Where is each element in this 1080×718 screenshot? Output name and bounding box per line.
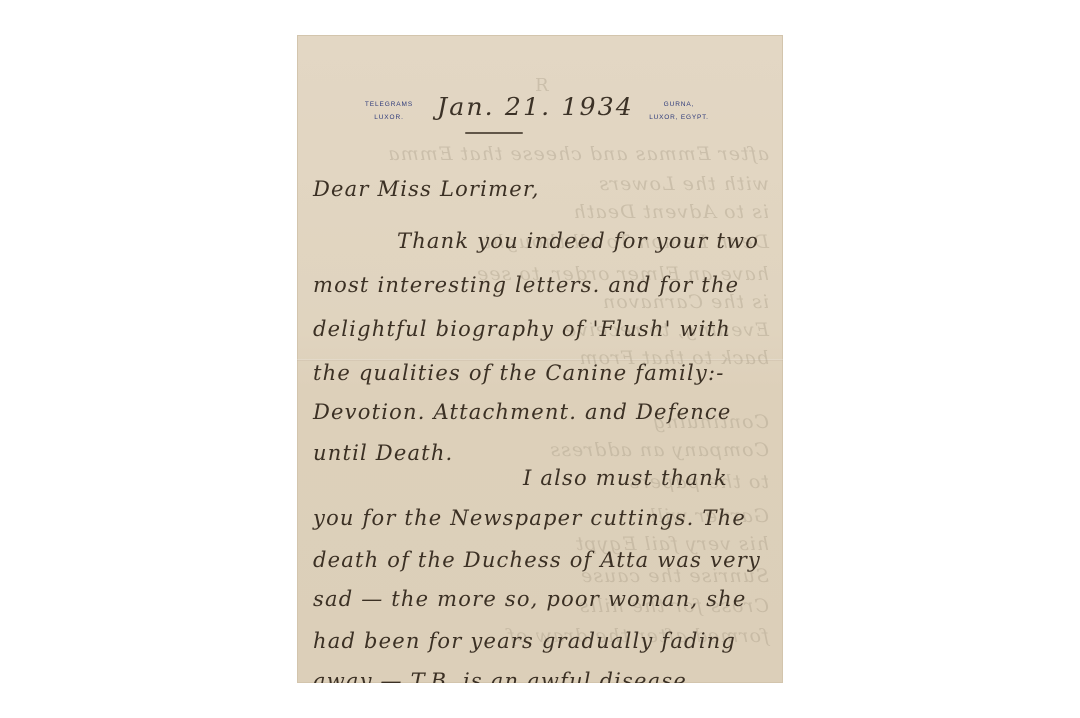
body-line: you for the Newspaper cuttings. The — [313, 504, 767, 532]
bleed-through-text: is to Advent Death — [311, 201, 769, 223]
body-line: delightful biography of 'Flush' with — [313, 315, 767, 343]
body-line: until Death. — [313, 439, 767, 467]
body-line: most interesting letters. and for the — [313, 271, 767, 299]
salutation: Dear Miss Lorimer, — [313, 175, 767, 203]
body-line: I also must thank — [313, 464, 767, 492]
letter-date: Jan. 21. 1934 — [437, 93, 634, 121]
body-line: Devotion. Attachment. and Defence — [313, 398, 767, 426]
body-line: death of the Duchess of Atta was very — [313, 546, 767, 574]
body-line: Thank you indeed for your two — [313, 227, 767, 255]
letter-page: after Emmas and cheese that Emma with th… — [297, 35, 783, 683]
letterhead-line: TELEGRAMS — [357, 98, 421, 111]
body-line: sad — the more so, poor woman, she — [313, 585, 767, 613]
body-line: away — T.B. is an awful disease. — [313, 667, 767, 683]
letterhead-address: GURNA, LUXOR, EGYPT. — [629, 98, 729, 124]
body-line: the qualities of the Canine family:- — [313, 359, 767, 387]
letterhead-line: LUXOR, EGYPT. — [629, 111, 729, 124]
bleed-through-text: after Emmas and cheese that Emma — [311, 143, 769, 165]
date-underline — [465, 132, 523, 134]
letterhead-line: LUXOR. — [357, 111, 421, 124]
body-line: had been for years gradually fading — [313, 627, 767, 655]
letterhead-telegrams: TELEGRAMS LUXOR. — [357, 98, 421, 124]
letterhead-line: GURNA, — [629, 98, 729, 111]
